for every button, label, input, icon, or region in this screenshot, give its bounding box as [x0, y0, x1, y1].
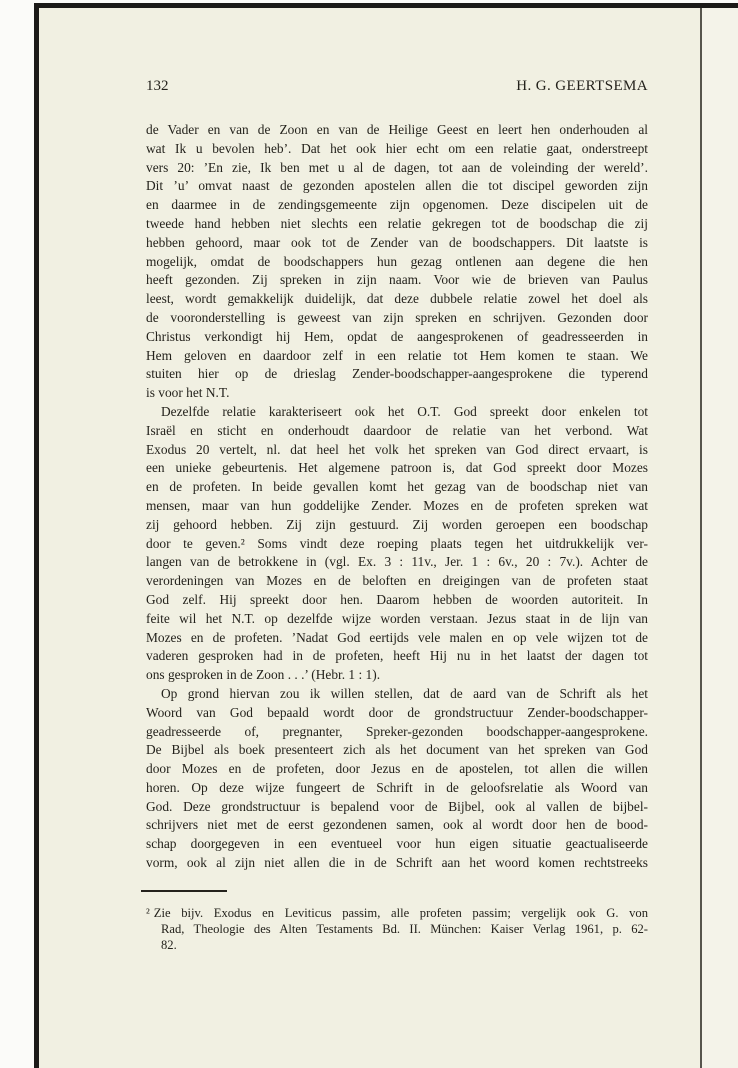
- text-line: de Vader en van de Zoon en van de Heilig…: [146, 122, 648, 141]
- page-edge-strip: [702, 3, 738, 1068]
- text-line: God zelf. Hij spreekt door hen. Daarom h…: [146, 592, 648, 611]
- text-line: Woord van God bepaald wordt door de gron…: [146, 705, 648, 724]
- text-line: verordeningen van Mozes en de beloften e…: [146, 573, 648, 592]
- scan-border-left: [34, 3, 39, 1068]
- text-line: tweede hand hebben niet slechts een rela…: [146, 216, 648, 235]
- text-line: langen van de betrokkene in (vgl. Ex. 3 …: [146, 554, 648, 573]
- text-line: horen. Op deze wijze fungeert de Schrift…: [146, 780, 648, 799]
- text-line: Dit ’u’ omvat naast de gezonden apostele…: [146, 178, 648, 197]
- footnote-line: Rad, Theologie des Alten Testaments Bd. …: [146, 922, 648, 938]
- text-line: feite wil het N.T. op dezelfde wijze wor…: [146, 611, 648, 630]
- text-line: Op grond hiervan zou ik willen stellen, …: [146, 686, 648, 705]
- text-line: door Mozes en de profeten, door Jezus en…: [146, 761, 648, 780]
- footnote-rule: [141, 890, 227, 892]
- text-line: leest, wordt gemakkelijk duidelijk, dat …: [146, 291, 648, 310]
- footnote-text: ²Zie bijv. Exodus en Leviticus passim, a…: [146, 906, 648, 954]
- scanned-book-page: 132 H. G. GEERTSEMA de Vader en van de Z…: [0, 0, 738, 1068]
- text-line: hebben gehoord, maar ook tot de Zender v…: [146, 235, 648, 254]
- running-head: H. G. GEERTSEMA: [516, 78, 648, 95]
- text-line: mogelijk, omdat de boodschappers hun gez…: [146, 254, 648, 273]
- text-line: door te geven.² Soms vindt deze roeping …: [146, 536, 648, 555]
- text-line: vorm, ook al zijn niet allen die in de S…: [146, 855, 648, 874]
- text-line: zij gehoord hebben. Zij zijn gestuurd. Z…: [146, 517, 648, 536]
- page-edge-line: [700, 3, 702, 1068]
- text-line: geadresseerde of, pregnanter, Spreker-ge…: [146, 724, 648, 743]
- page-number: 132: [146, 78, 169, 95]
- text-line: en de profeten. In beide gevallen komt h…: [146, 479, 648, 498]
- page-header: 132 H. G. GEERTSEMA: [146, 78, 648, 95]
- text-line: Exodus 20 vertelt, nl. dat heel het volk…: [146, 442, 648, 461]
- text-line: Christus verkondigt hij Hem, opdat de aa…: [146, 329, 648, 348]
- text-line: ons gesproken in de Zoon . . .’ (Hebr. 1…: [146, 667, 648, 686]
- text-line: heeft gezonden. Zij spreken in zijn naam…: [146, 272, 648, 291]
- text-line: God. Deze grondstructuur is bepalend voo…: [146, 799, 648, 818]
- text-line: is voor het N.T.: [146, 385, 648, 404]
- footnote-marker: ²: [146, 906, 154, 920]
- scan-border-top: [34, 3, 738, 8]
- text-line: vaderen gesproken had in de profeten, he…: [146, 648, 648, 667]
- text-line: en daarmee in de zendingsgemeente zijn o…: [146, 197, 648, 216]
- footnote-line: ²Zie bijv. Exodus en Leviticus passim, a…: [146, 906, 648, 922]
- text-line: wat Ik u bevolen heb’. Dat het ook hier …: [146, 141, 648, 160]
- text-line: stuiten hier op de drieslag Zender-boods…: [146, 366, 648, 385]
- text-line: een unieke gebeurtenis. Het algemene pat…: [146, 460, 648, 479]
- body-text: de Vader en van de Zoon en van de Heilig…: [146, 122, 648, 874]
- text-line: vers 20: ’En zie, Ik ben met u al de dag…: [146, 160, 648, 179]
- text-line: Israël en sticht en onderhoudt daardoor …: [146, 423, 648, 442]
- footnote-line: 82.: [146, 938, 648, 954]
- text-line: schap doorgegeven in een eventueel voor …: [146, 836, 648, 855]
- text-line: Mozes en de profeten. ’Nadat God eertijd…: [146, 630, 648, 649]
- text-line: Hem geloven en daardoor zelf in een rela…: [146, 348, 648, 367]
- text-line: Dezelfde relatie karakteriseert ook het …: [146, 404, 648, 423]
- text-line: de vooronderstelling is geweest van zijn…: [146, 310, 648, 329]
- text-line: schrijvers niet met de eerst gezondenen …: [146, 817, 648, 836]
- text-line: mensen, maar van hun goddelijke Zender. …: [146, 498, 648, 517]
- text-line: De Bijbel als boek presenteert zich als …: [146, 742, 648, 761]
